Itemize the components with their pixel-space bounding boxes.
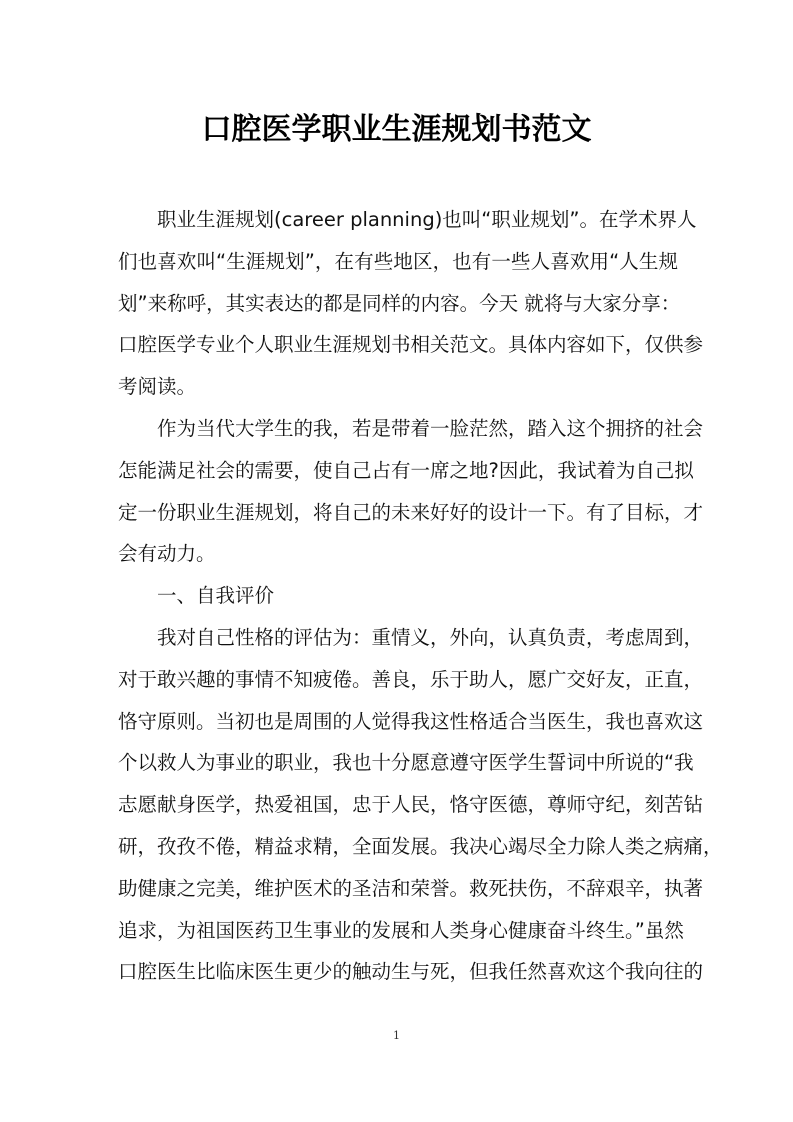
document-body: 职业生涯规划(career planning)也叫“职业规划”。在学术界人们也喜… <box>118 199 678 993</box>
text-line: 研，孜孜不倦，精益求精，全面发展。我决心竭尽全力除人类之病痛， <box>118 826 678 868</box>
text-line: 作为当代大学生的我，若是带着一脸茫然，踏入这个拥挤的社会 <box>118 408 678 450</box>
text-line: 志愿献身医学，热爱祖国，忠于人民，恪守医德，尊师守纪，刻苦钻 <box>118 784 678 826</box>
document-page: 口腔医学职业生涯规划书范文 职业生涯规划(career planning)也叫“… <box>0 0 793 1122</box>
text-line: 划”来称呼，其实表达的都是同样的内容。今天 就将与大家分享： <box>118 283 678 325</box>
text-line: 怎能满足社会的需要，使自己占有一席之地?因此，我试着为自己拟 <box>118 450 678 492</box>
text-line: 我对自己性格的评估为：重情义，外向，认真负责，考虑周到， <box>118 617 678 659</box>
text-line: 们也喜欢叫“生涯规划”，在有些地区，也有一些人喜欢用“人生规 <box>118 241 678 283</box>
text-line: 会有动力。 <box>118 533 678 575</box>
text-line: 恪守原则。当初也是周围的人觉得我这性格适合当医生，我也喜欢这 <box>118 701 678 743</box>
text-line: 对于敢兴趣的事情不知疲倦。善良，乐于助人，愿广交好友，正直， <box>118 659 678 701</box>
text-line: 追求，为祖国医药卫生事业的发展和人类身心健康奋斗终生。”虽然 <box>118 910 678 952</box>
text-line: 口腔医生比临床医生更少的触动生与死，但我任然喜欢这个我向往的 <box>118 951 678 993</box>
text-line: 助健康之完美，维护医术的圣洁和荣誉。救死扶伤，不辞艰辛，执著 <box>118 868 678 910</box>
text-line: 个以救人为事业的职业，我也十分愿意遵守医学生誓词中所说的“我 <box>118 742 678 784</box>
page-number: 1 <box>0 1029 793 1042</box>
text-line: 定一份职业生涯规划，将自己的未来好好的设计一下。有了目标，才 <box>118 492 678 534</box>
text-line: 职业生涯规划(career planning)也叫“职业规划”。在学术界人 <box>118 199 678 241</box>
text-line: 考阅读。 <box>118 366 678 408</box>
document-title: 口腔医学职业生涯规划书范文 <box>0 108 793 152</box>
text-line: 一、自我评价 <box>118 575 678 617</box>
text-line: 口腔医学专业个人职业生涯规划书相关范文。具体内容如下，仅供参 <box>118 324 678 366</box>
